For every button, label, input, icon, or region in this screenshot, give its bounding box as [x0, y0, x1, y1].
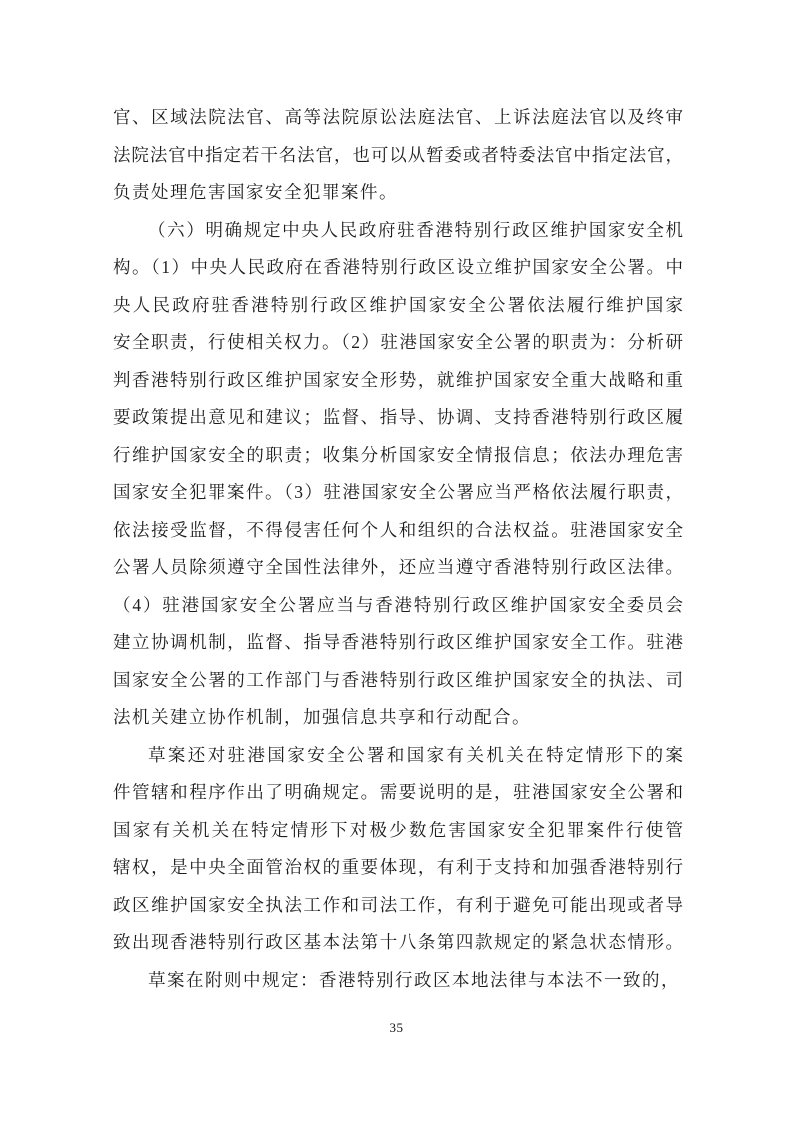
text-line: 法院法官中指定若干名法官，也可以从暂委或者特委法官中指定法官， [113, 137, 683, 175]
text-line: 行维护国家安全的职责；收集分析国家安全情报信息；依法办理危害 [113, 437, 683, 475]
text-line: （六）明确规定中央人民政府驻香港特别行政区维护国家安全机 [113, 212, 683, 250]
text-line: 致出现香港特别行政区基本法第十八条第四款规定的紧急状态情形。 [113, 924, 683, 962]
text-line: 法机关建立协作机制，加强信息共享和行动配合。 [113, 699, 683, 737]
paragraph: 草案还对驻港国家安全公署和国家有关机关在特定情形下的案 件管辖和程序作出了明确规… [113, 737, 683, 962]
page-number: 35 [0, 1020, 793, 1036]
text-line: （4）驻港国家安全公署应当与香港特别行政区维护国家安全委员会 [113, 587, 683, 625]
text-line: 依法接受监督，不得侵害任何个人和组织的合法权益。驻港国家安全 [113, 512, 683, 550]
text-line: 国家安全公署的工作部门与香港特别行政区维护国家安全的执法、司 [113, 662, 683, 700]
text-line: 辖权，是中央全面管治权的重要体现，有利于支持和加强香港特别行 [113, 849, 683, 887]
text-line: 公署人员除须遵守全国性法律外，还应当遵守香港特别行政区法律。 [113, 549, 683, 587]
text-line: 政区维护国家安全执法工作和司法工作，有利于避免可能出现或者导 [113, 887, 683, 925]
text-line: 国家安全犯罪案件。（3）驻港国家安全公署应当严格依法履行职责， [113, 474, 683, 512]
paragraph: （六）明确规定中央人民政府驻香港特别行政区维护国家安全机 构。（1）中央人民政府… [113, 212, 683, 737]
text-line: 国家有关机关在特定情形下对极少数危害国家安全犯罪案件行使管 [113, 812, 683, 850]
paragraph: 官、区域法院法官、高等法院原讼法庭法官、上诉法庭法官以及终审 法院法官中指定若干… [113, 99, 683, 212]
text-line: 建立协调机制，监督、指导香港特别行政区维护国家安全工作。驻港 [113, 624, 683, 662]
text-line: 官、区域法院法官、高等法院原讼法庭法官、上诉法庭法官以及终审 [113, 99, 683, 137]
text-body: 官、区域法院法官、高等法院原讼法庭法官、上诉法庭法官以及终审 法院法官中指定若干… [113, 99, 683, 999]
text-line: 负责处理危害国家安全犯罪案件。 [113, 174, 683, 212]
text-line: 件管辖和程序作出了明确规定。需要说明的是，驻港国家安全公署和 [113, 774, 683, 812]
text-line: 央人民政府驻香港特别行政区维护国家安全公署依法履行维护国家 [113, 287, 683, 325]
text-line: 安全职责，行使相关权力。（2）驻港国家安全公署的职责为：分析研 [113, 324, 683, 362]
text-line: 要政策提出意见和建议；监督、指导、协调、支持香港特别行政区履 [113, 399, 683, 437]
paragraph: 草案在附则中规定：香港特别行政区本地法律与本法不一致的， [113, 962, 683, 1000]
text-line: 草案还对驻港国家安全公署和国家有关机关在特定情形下的案 [113, 737, 683, 775]
text-line: 构。（1）中央人民政府在香港特别行政区设立维护国家安全公署。中 [113, 249, 683, 287]
text-line: 草案在附则中规定：香港特别行政区本地法律与本法不一致的， [113, 962, 683, 1000]
text-line: 判香港特别行政区维护国家安全形势，就维护国家安全重大战略和重 [113, 362, 683, 400]
document-page: 官、区域法院法官、高等法院原讼法庭法官、上诉法庭法官以及终审 法院法官中指定若干… [0, 0, 793, 1122]
